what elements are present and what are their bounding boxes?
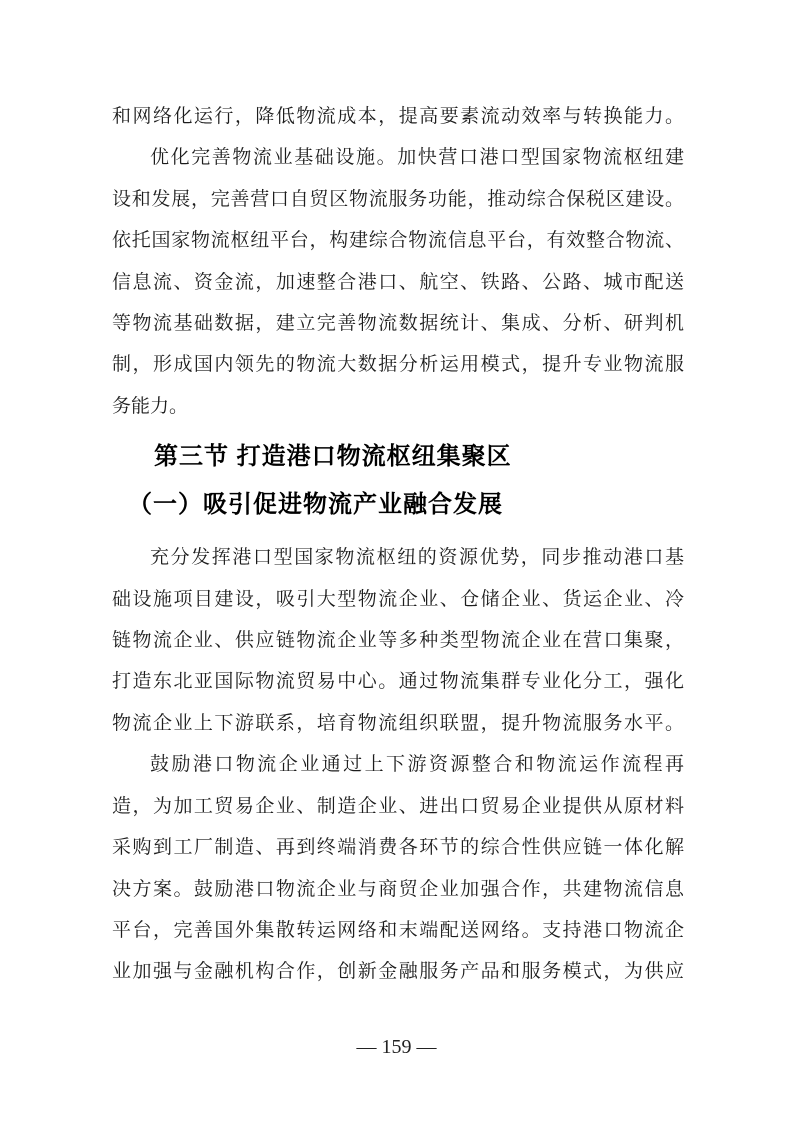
text-line: 鼓励港口物流企业通过上下游资源整合和物流运作流程再 — [112, 744, 684, 785]
text-line: 设和发展，完善营口自贸区物流服务功能，推动综合保税区建设。 — [112, 179, 684, 220]
text-line: 造，为加工贸易企业、制造企业、进出口贸易企业提供从原材料 — [112, 786, 684, 827]
document-page: 和网络化运行，降低物流成本，提高要素流动效率与转换能力。优化完善物流业基础设施。… — [0, 0, 793, 1122]
document-body: 和网络化运行，降低物流成本，提高要素流动效率与转换能力。优化完善物流业基础设施。… — [112, 96, 684, 993]
paragraph: 优化完善物流业基础设施。加快营口港口型国家物流枢纽建设和发展，完善营口自贸区物流… — [112, 137, 684, 427]
text-line: 充分发挥港口型国家物流枢纽的资源优势，同步推动港口基 — [112, 537, 684, 578]
text-line: 优化完善物流业基础设施。加快营口港口型国家物流枢纽建 — [112, 137, 684, 178]
section-heading: 第三节 打造港口物流枢纽集聚区 — [154, 435, 684, 479]
page-number: — 159 — — [357, 1036, 437, 1058]
paragraph: 鼓励港口物流企业通过上下游资源整合和物流运作流程再造，为加工贸易企业、制造企业、… — [112, 744, 684, 992]
text-line: 平台，完善国外集散转运网络和末端配送网络。支持港口物流企 — [112, 910, 684, 951]
text-line: 打造东北亚国际物流贸易中心。通过物流集群专业化分工，强化 — [112, 661, 684, 702]
text-line: 决方案。鼓励港口物流企业与商贸企业加强合作，共建物流信息 — [112, 869, 684, 910]
subsection-heading: （一）吸引促进物流产业融合发展 — [128, 483, 684, 527]
text-line: 础设施项目建设，吸引大型物流企业、仓储企业、货运企业、冷 — [112, 579, 684, 620]
text-line: 依托国家物流枢纽平台，构建综合物流信息平台，有效整合物流、 — [112, 220, 684, 261]
text-line: 业加强与金融机构合作，创新金融服务产品和服务模式，为供应 — [112, 951, 684, 992]
text-line: 物流企业上下游联系，培育物流组织联盟，提升物流服务水平。 — [112, 703, 684, 744]
text-line: 务能力。 — [112, 386, 684, 427]
text-line: 和网络化运行，降低物流成本，提高要素流动效率与转换能力。 — [112, 96, 684, 137]
text-line: 链物流企业、供应链物流企业等多种类型物流企业在营口集聚， — [112, 620, 684, 661]
paragraph: 充分发挥港口型国家物流枢纽的资源优势，同步推动港口基础设施项目建设，吸引大型物流… — [112, 537, 684, 744]
text-line: 等物流基础数据，建立完善物流数据统计、集成、分析、研判机 — [112, 303, 684, 344]
text-line: 制，形成国内领先的物流大数据分析运用模式，提升专业物流服 — [112, 344, 684, 385]
text-line: 采购到工厂制造、再到终端消费各环节的综合性供应链一体化解 — [112, 827, 684, 868]
paragraph: 和网络化运行，降低物流成本，提高要素流动效率与转换能力。 — [112, 96, 684, 137]
text-line: 信息流、资金流，加速整合港口、航空、铁路、公路、城市配送 — [112, 262, 684, 303]
page-footer: — 159 — — [0, 1036, 793, 1059]
